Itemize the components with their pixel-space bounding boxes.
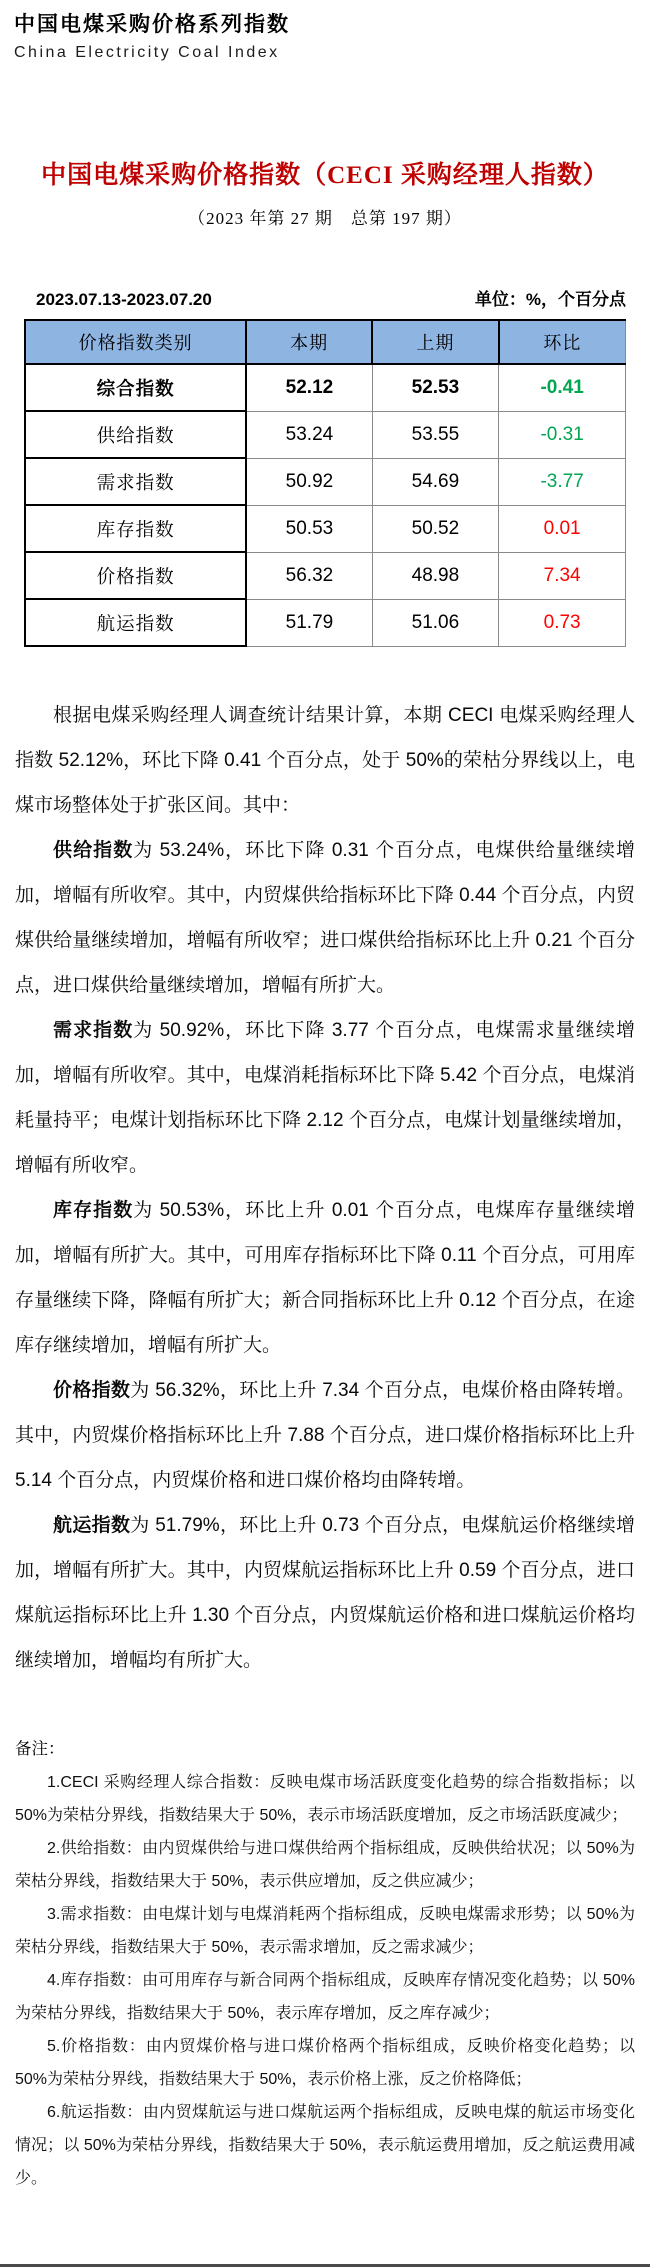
header-cell-change: 环比 xyxy=(499,320,626,364)
table-row: 航运指数 51.79 51.06 0.73 xyxy=(25,599,626,646)
notes-label: 备注： xyxy=(15,1733,635,1766)
change-value-cell: -0.41 xyxy=(499,364,626,411)
index-name-cell: 需求指数 xyxy=(25,458,246,505)
note-item-5: 5.价格指数：由内贸煤价格与进口煤价格两个指标组成，反映价格变化趋势；以 50%… xyxy=(15,2030,635,2096)
index-name-cell: 库存指数 xyxy=(25,505,246,552)
body-paragraph-price: 价格指数为 56.32%，环比上升 7.34 个百分点，电煤价格由降转增。其中，… xyxy=(15,1368,635,1503)
change-value-cell: 7.34 xyxy=(499,552,626,599)
current-value-cell: 51.79 xyxy=(246,599,372,646)
change-value-cell: -3.77 xyxy=(499,458,626,505)
note-item-3: 3.需求指数：由电煤计划与电煤消耗两个指标组成，反映电煤需求形势；以 50%为荣… xyxy=(15,1898,635,1964)
change-value-cell: 0.01 xyxy=(499,505,626,552)
change-value-cell: 0.73 xyxy=(499,599,626,646)
current-value-cell: 56.32 xyxy=(246,552,372,599)
current-value-cell: 53.24 xyxy=(246,411,372,458)
meta-row: 2023.07.13-2023.07.20 单位：%，个百分点 xyxy=(24,285,626,310)
change-value-cell: -0.31 xyxy=(499,411,626,458)
header-cell-category: 价格指数类别 xyxy=(25,320,246,364)
body-paragraph-summary: 根据电煤采购经理人调查统计结果计算，本期 CECI 电煤采购经理人指数 52.1… xyxy=(15,693,635,828)
table-row: 库存指数 50.53 50.52 0.01 xyxy=(25,505,626,552)
index-name-cell: 航运指数 xyxy=(25,599,246,646)
index-name-cell: 综合指数 xyxy=(25,364,246,411)
table-row: 价格指数 56.32 48.98 7.34 xyxy=(25,552,626,599)
table-header-row: 价格指数类别 本期 上期 环比 xyxy=(25,320,626,364)
note-item-6: 6.航运指数：由内贸煤航运与进口煤航运两个指标组成，反映电煤的航运市场变化情况；… xyxy=(15,2096,635,2195)
note-item-1: 1.CECI 采购经理人综合指数：反映电煤市场活跃度变化趋势的综合指数指标；以 … xyxy=(15,1766,635,1832)
index-table: 价格指数类别 本期 上期 环比 综合指数 52.12 52.53 -0.41 供… xyxy=(24,319,626,647)
current-value-cell: 52.12 xyxy=(246,364,372,411)
table-row: 综合指数 52.12 52.53 -0.41 xyxy=(25,364,626,411)
header-cell-current: 本期 xyxy=(246,320,372,364)
current-value-cell: 50.53 xyxy=(246,505,372,552)
unit-note: 单位：%，个百分点 xyxy=(475,285,626,310)
current-value-cell: 50.92 xyxy=(246,458,372,505)
table-row: 供给指数 53.24 53.55 -0.31 xyxy=(25,411,626,458)
previous-value-cell: 54.69 xyxy=(372,458,499,505)
document-title: 中国电煤采购价格指数（CECI 采购经理人指数） xyxy=(0,155,650,191)
body-paragraph-inventory: 库存指数为 50.53%，环比上升 0.01 个百分点，电煤库存量继续增加，增幅… xyxy=(15,1188,635,1368)
notes-section: 备注： 1.CECI 采购经理人综合指数：反映电煤市场活跃度变化趋势的综合指数指… xyxy=(15,1733,635,2195)
masthead-title-cn: 中国电煤采购价格系列指数 xyxy=(14,8,650,38)
previous-value-cell: 52.53 xyxy=(372,364,499,411)
previous-value-cell: 48.98 xyxy=(372,552,499,599)
note-item-4: 4.库存指数：由可用库存与新合同两个指标组成，反映库存情况变化趋势；以 50%为… xyxy=(15,1964,635,2030)
report-body: 根据电煤采购经理人调查统计结果计算，本期 CECI 电煤采购经理人指数 52.1… xyxy=(15,693,635,1683)
body-paragraph-demand: 需求指数为 50.92%，环比下降 3.77 个百分点，电煤需求量继续增加，增幅… xyxy=(15,1008,635,1188)
table-row: 需求指数 50.92 54.69 -3.77 xyxy=(25,458,626,505)
previous-value-cell: 50.52 xyxy=(372,505,499,552)
body-paragraph-supply: 供给指数为 53.24%，环比下降 0.31 个百分点，电煤供给量继续增加，增幅… xyxy=(15,828,635,1008)
previous-value-cell: 53.55 xyxy=(372,411,499,458)
issue-number: （2023 年第 27 期 总第 197 期） xyxy=(0,204,650,229)
previous-value-cell: 51.06 xyxy=(372,599,499,646)
note-item-2: 2.供给指数：由内贸煤供给与进口煤供给两个指标组成，反映供给状况；以 50%为荣… xyxy=(15,1832,635,1898)
index-name-cell: 价格指数 xyxy=(25,552,246,599)
date-range: 2023.07.13-2023.07.20 xyxy=(24,290,212,310)
report-page: 中国电煤采购价格系列指数 China Electricity Coal Inde… xyxy=(0,0,650,2267)
masthead-title-en: China Electricity Coal Index xyxy=(14,44,650,62)
body-paragraph-shipping: 航运指数为 51.79%，环比上升 0.73 个百分点，电煤航运价格继续增加，增… xyxy=(15,1503,635,1683)
header-cell-previous: 上期 xyxy=(372,320,499,364)
index-name-cell: 供给指数 xyxy=(25,411,246,458)
masthead: 中国电煤采购价格系列指数 China Electricity Coal Inde… xyxy=(0,0,650,62)
